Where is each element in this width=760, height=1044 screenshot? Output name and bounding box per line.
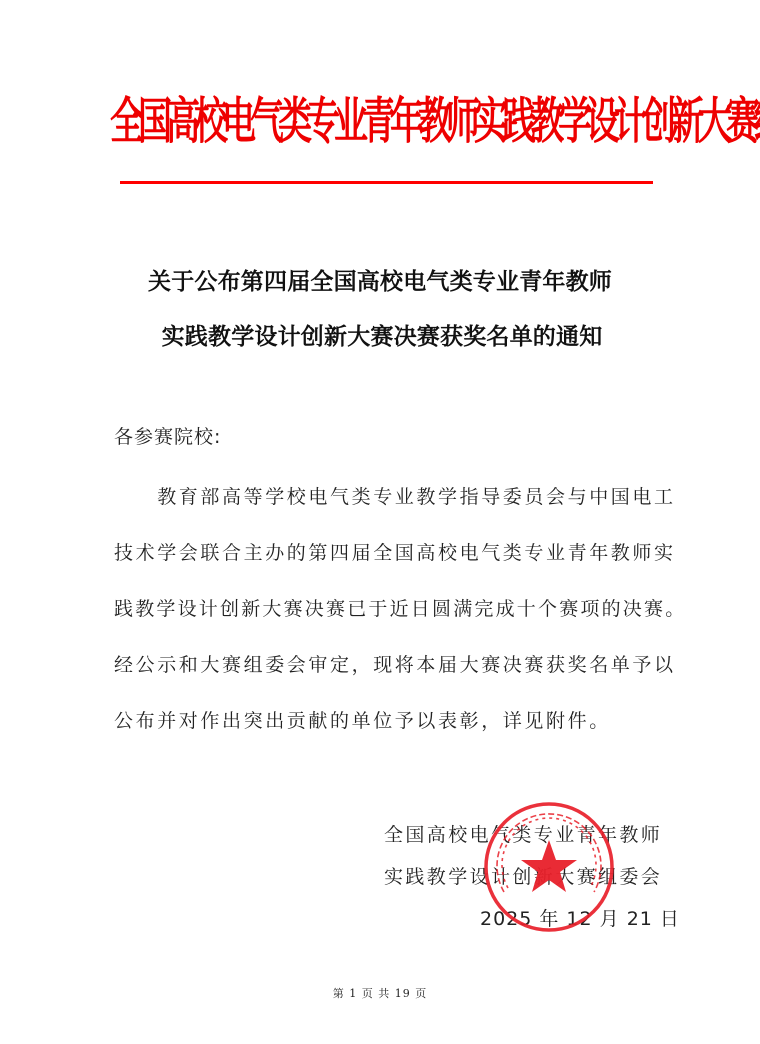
letterhead-title: 全国高校电气类专业青年教师实践教学设计创新大赛组委会	[110, 73, 656, 172]
body-line-4: 经公示和大赛组委会审定，现将本届大赛决赛获奖名单予以	[114, 650, 676, 677]
page-indicator: 第 1 页 共 19 页	[0, 985, 760, 1001]
body-line-2: 技术学会联合主办的第四届全国高校电气类专业青年教师实	[114, 538, 676, 565]
document-page: 全国高校电气类专业青年教师实践教学设计创新大赛组委会 关于公布第四届全国高校电气…	[0, 0, 760, 1044]
signature-date: 2025 年 12 月 21 日	[480, 904, 680, 931]
salutation: 各参赛院校:	[114, 422, 221, 449]
body-line-1: 教育部高等学校电气类专业教学指导委员会与中国电工	[114, 482, 676, 509]
document-title-line-1: 关于公布第四届全国高校电气类专业青年教师	[0, 263, 760, 296]
body-line-3: 践教学设计创新大赛决赛已于近日圆满完成十个赛项的决赛。	[114, 594, 686, 621]
body-line-5: 公布并对作出突出贡献的单位予以表彰，详见附件。	[114, 706, 611, 733]
signature-org-line-1: 全国高校电气类专业青年教师	[384, 820, 662, 847]
document-title-line-2: 实践教学设计创新大赛决赛获奖名单的通知	[2, 318, 760, 351]
signature-org-line-2: 实践教学设计创新大赛组委会	[384, 862, 662, 889]
letterhead-divider	[120, 181, 653, 184]
